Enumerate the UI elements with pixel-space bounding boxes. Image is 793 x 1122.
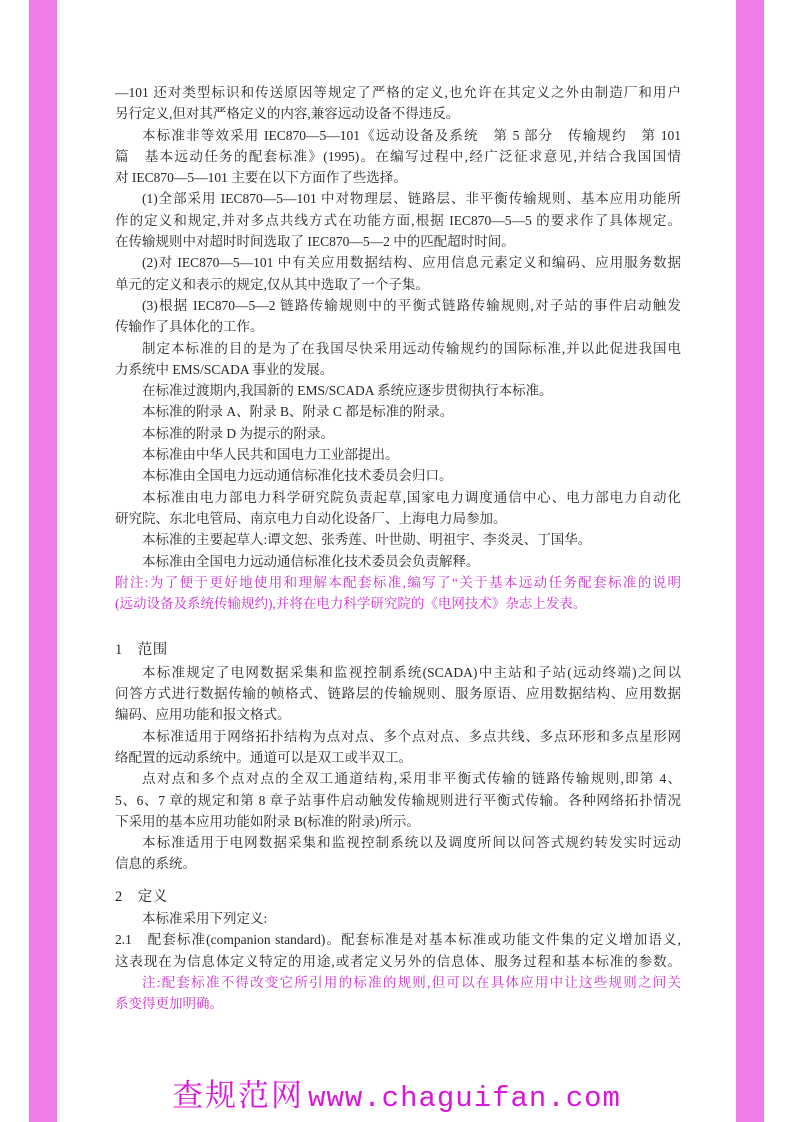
text-line: 在标准过渡期内,我国新的 EMS/SCADA 系统应逐步贯彻执行本标准。	[115, 380, 681, 401]
text-line: 本标准由电力部电力科学研究院负责起草,国家电力调度通信中心、电力部电力自动化	[115, 487, 681, 508]
text-line: 络配置的远动系统中。通道可以是双工或半双工。	[115, 747, 681, 768]
text-line: 编码、应用功能和报文格式。	[115, 704, 681, 725]
text-line: 点对点和多个点对点的全双工通道结构,采用非平衡式传输的链路传输规则,即第 4、	[115, 768, 681, 789]
text-line: 本标准适用于电网数据采集和监视控制系统以及调度所间以问答式规约转发实时远动	[115, 832, 681, 853]
footer-site-name: 查规范网	[172, 1078, 304, 1113]
text-line: —101 还对类型标识和传送原因等规定了严格的定义,也允许在其定义之外由制造厂和…	[115, 82, 681, 103]
watermark-footer: 查规范网 www.chaguifan.com	[0, 1070, 793, 1115]
text-line: (1)全部采用 IEC870—5—101 中对物理层、链路层、非平衡传输规则、基…	[115, 188, 681, 209]
text-line: 2.1 配套标准(companion standard)。配套标准是对基本标准或…	[115, 929, 681, 950]
text-line: 本标准由中华人民共和国电力工业部提出。	[115, 444, 681, 465]
text-line: 对 IEC870—5—101 主要在以下方面作了些选择。	[115, 167, 681, 188]
text-line: 制定本标准的目的是为了在我国尽快采用远动传输规约的国际标准,并以此促进我国电	[115, 338, 681, 359]
text-line: 注:配套标准不得改变它所引用的标准的规则,但可以在具体应用中让这些规则之间关	[115, 972, 681, 993]
document-content: —101 还对类型标识和传送原因等规定了严格的定义,也允许在其定义之外由制造厂和…	[115, 82, 681, 1014]
text-line: 单元的定义和表示的规定,仅从其中选取了一个子集。	[115, 274, 681, 295]
watermark-right-bar	[736, 0, 764, 1122]
text-line: 作的定义和规定,并对多点共线方式在功能方面,根据 IEC870—5—5 的要求作…	[115, 210, 681, 231]
footer-site-url: www.chaguifan.com	[308, 1082, 621, 1115]
text-line: 本标准由全国电力远动通信标准化技术委员会归口。	[115, 465, 681, 486]
document-page: —101 还对类型标识和传送原因等规定了严格的定义,也允许在其定义之外由制造厂和…	[0, 0, 793, 1122]
text-line: 5、6、7 章的规定和第 8 章子站事件启动触发传输规则进行平衡式传输。各种网络…	[115, 790, 681, 811]
text-line: 在传输规则中对超时时间选取了 IEC870—5—2 中的匹配超时时间。	[115, 231, 681, 252]
text-line: 传输作了具体化的工作。	[115, 316, 681, 337]
text-line: 另行定义,但对其严格定义的内容,兼容远动设备不得违反。	[115, 103, 681, 124]
text-line: 力系统中 EMS/SCADA 事业的发展。	[115, 359, 681, 380]
text-line: 本标准采用下列定义:	[115, 908, 681, 929]
text-line: 问答方式进行数据传输的帧格式、链路层的传输规则、服务原语、应用数据结构、应用数据	[115, 683, 681, 704]
text-line: 本标准的附录 A、附录 B、附录 C 都是标准的附录。	[115, 401, 681, 422]
text-line: (远动设备及系统传输规约),并将在电力科学研究院的《电网技术》杂志上发表。	[115, 593, 681, 614]
text-line: 下采用的基本应用功能如附录 B(标准的附录)所示。	[115, 811, 681, 832]
text-line: 这表现在为信息体定义特定的用途,或者定义另外的信息体、服务过程和基本标准的参数。	[115, 951, 681, 972]
section-heading: 1 范围	[115, 640, 681, 661]
text-line: 本标准适用于网络拓扑结构为点对点、多个点对点、多点共线、多点环形和多点星形网	[115, 726, 681, 747]
text-line: 附注:为了便于更好地使用和理解本配套标准,编写了“关于基本远动任务配套标准的说明	[115, 572, 681, 593]
text-line: (2)对 IEC870—5—101 中有关应用数据结构、应用信息元素定义和编码、…	[115, 252, 681, 273]
text-line: 信息的系统。	[115, 853, 681, 874]
text-line: 本标准的主要起草人:谭文恕、张秀莲、叶世勋、明祖宇、李炎灵、丁国华。	[115, 529, 681, 550]
text-line: 本标准由全国电力远动通信标准化技术委员会负责解释。	[115, 551, 681, 572]
text-line: (3)根据 IEC870—5—2 链路传输规则中的平衡式链路传输规则,对子站的事…	[115, 295, 681, 316]
text-line: 本标准的附录 D 为提示的附录。	[115, 423, 681, 444]
text-line: 篇 基本远动任务的配套标准》(1995)。在编写过程中,经广泛征求意见,并结合我…	[115, 146, 681, 167]
text-line: 本标准非等效采用 IEC870—5—101《远动设备及系统 第 5 部分 传输规…	[115, 125, 681, 146]
section-heading: 2 定义	[115, 887, 681, 908]
text-line: 本标准规定了电网数据采集和监视控制系统(SCADA)中主站和子站(远动终端)之间…	[115, 662, 681, 683]
watermark-left-bar	[29, 0, 57, 1122]
text-line: 研究院、东北电管局、南京电力自动化设备厂、上海电力局参加。	[115, 508, 681, 529]
text-line: 系变得更加明确。	[115, 993, 681, 1014]
